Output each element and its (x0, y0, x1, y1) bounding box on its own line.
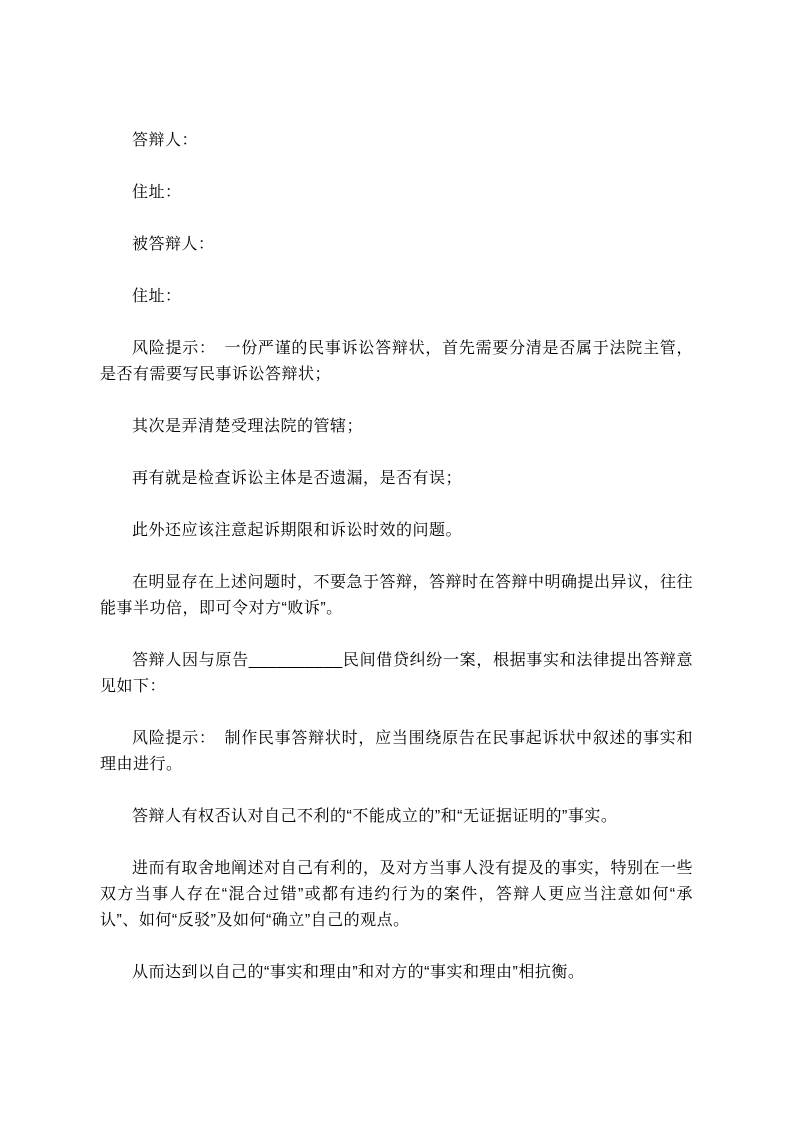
litigant-check-paragraph: 再有就是检查诉讼主体是否遗漏，是否有误； (100, 466, 693, 492)
risk-notice-paragraph-2: 风险提示： 制作民事答辩状时，应当围绕原告在民事起诉状中叙述的事实和理由进行。 (100, 726, 693, 778)
case-intro-paragraph: 答辩人因与原告__________民间借贷纠纷一案，根据事实和法律提出答辩意见如… (100, 648, 693, 700)
counterbalance-paragraph: 从而达到以自己的“事实和理由”和对方的“事实和理由”相抗衡。 (100, 960, 693, 986)
elaboration-paragraph: 进而有取舍地阐述对自己有利的，及对方当事人没有提及的事实，特别在一些双方当事人存… (100, 856, 693, 934)
limitation-paragraph: 此外还应该注意起诉期限和诉讼时效的问题。 (100, 518, 693, 544)
risk-notice-paragraph-1: 风险提示： 一份严谨的民事诉讼答辩状，首先需要分清是否属于法院主管，是否有需要写… (100, 336, 693, 388)
document-body: 答辩人： 住址： 被答辩人： 住址： 风险提示： 一份严谨的民事诉讼答辩状，首先… (100, 128, 693, 1012)
jurisdiction-paragraph: 其次是弄清楚受理法院的管辖； (100, 414, 693, 440)
document-page: 答辩人： 住址： 被答辩人： 住址： 风险提示： 一份严谨的民事诉讼答辩状，首先… (0, 0, 793, 1122)
denial-right-paragraph: 答辩人有权否认对自己不利的“不能成立的”和“无证据证明的”事实。 (100, 804, 693, 830)
objection-advice-paragraph: 在明显存在上述问题时，不要急于答辩，答辩时在答辩中明确提出异议，往往能事半功倍，… (100, 570, 693, 622)
respondee-label-line: 被答辩人： (100, 232, 693, 258)
respondent-address-line: 住址： (100, 180, 693, 206)
respondent-label-line: 答辩人： (100, 128, 693, 154)
respondee-address-line: 住址： (100, 284, 693, 310)
